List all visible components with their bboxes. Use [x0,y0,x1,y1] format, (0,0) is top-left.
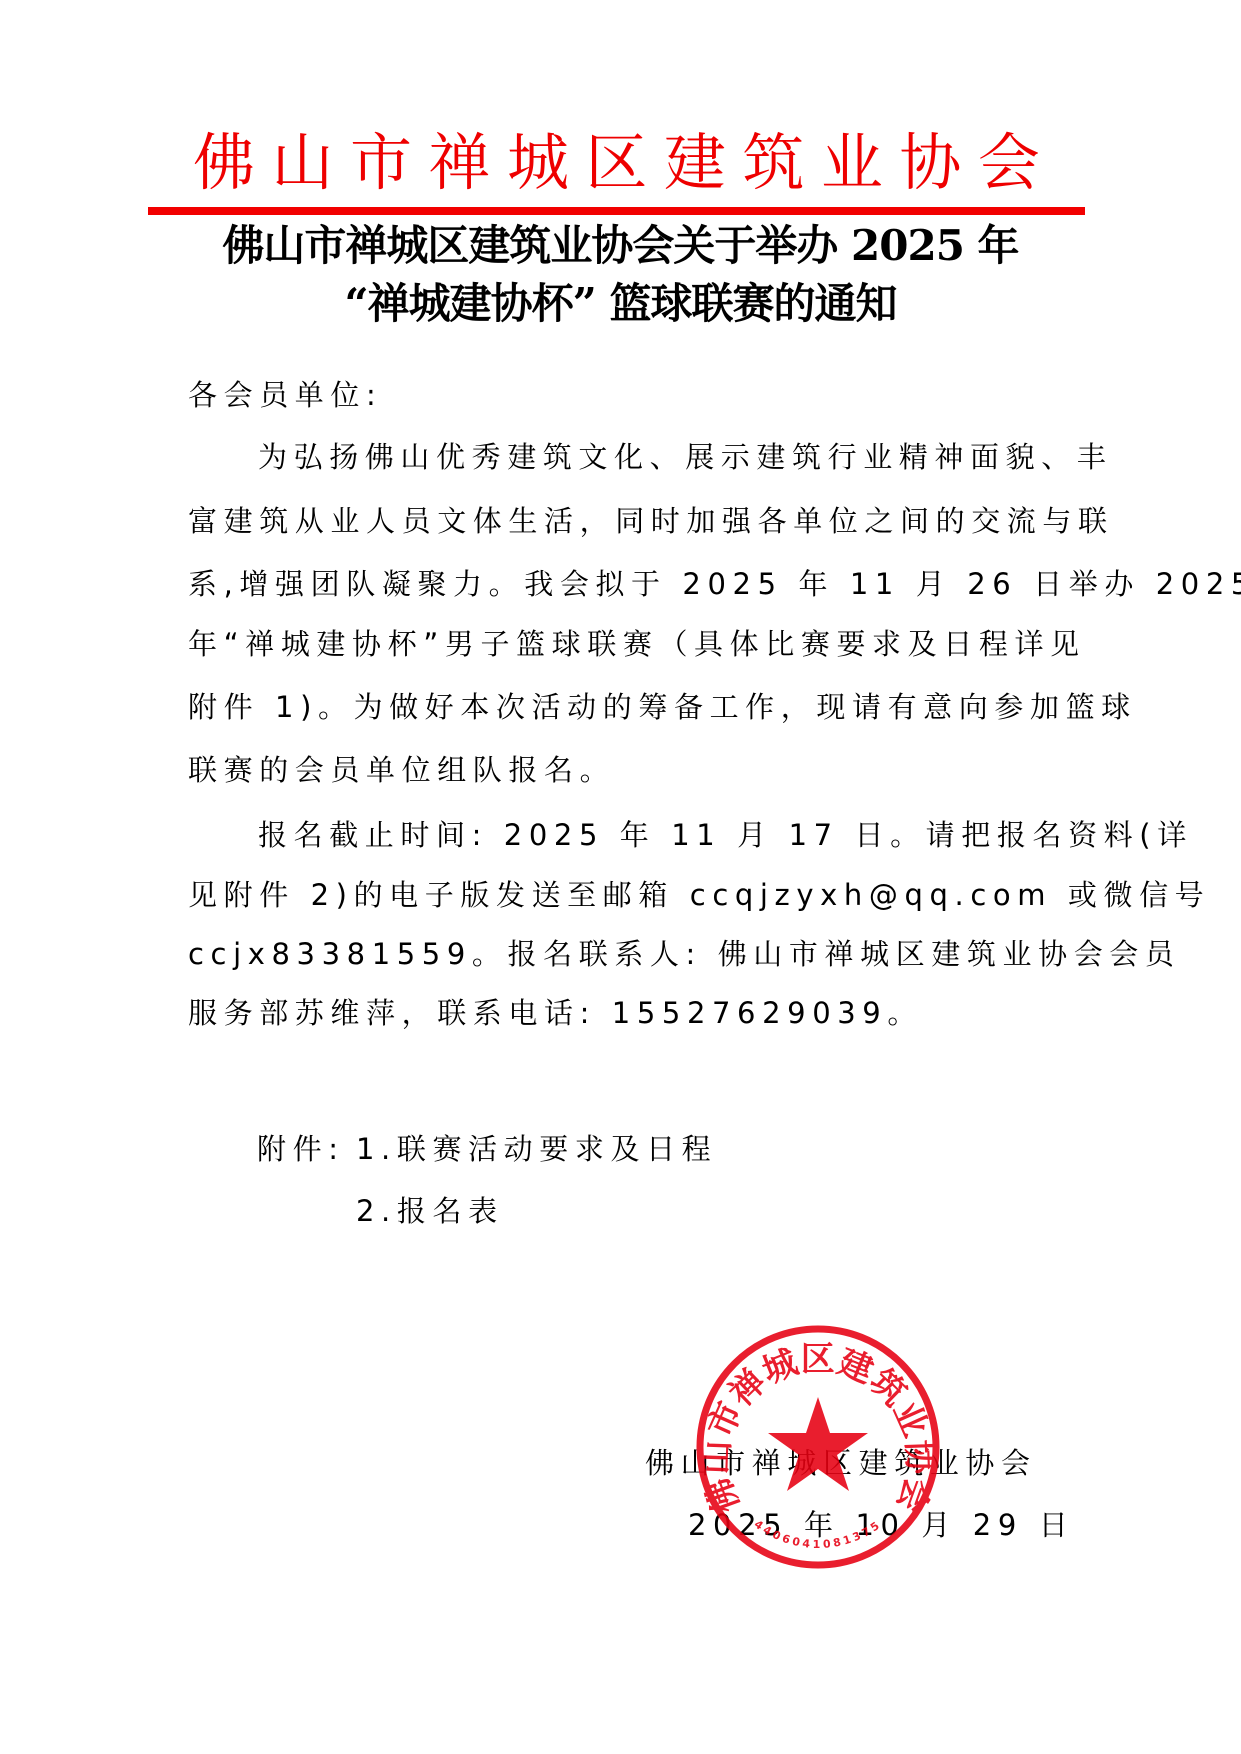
document-page: 佛 山 市 禅 城 区 建 筑 业 协 会 佛山市禅城区建筑业协会关于举办 20… [0,0,1241,1754]
body-line: 联赛的会员单位组队报名。 [188,756,615,788]
attachment-item-1: 1.联赛活动要求及日程 [356,1135,717,1164]
body-line: 年“禅城建协杯”男子篮球联赛（具体比赛要求及日程详见 [188,630,1086,662]
body-line: 富建筑从业人员文体生活，同时加强各单位之间的交流与联 [188,507,1114,539]
letterhead-char: 禅 [428,132,490,194]
body-line: 报名截止时间: 2025 年 11 月 17 日。请把报名资料(详 [188,821,1193,853]
body-line: ccjx83381559。报名联系人: 佛山市禅城区建筑业协会会员 [188,940,1181,972]
letterhead-char: 会 [978,132,1040,194]
letterhead-red-rule [148,207,1085,215]
star-icon [768,1397,868,1491]
official-seal-stamp: 佛山市禅城区建筑业协会 4406041081375 [694,1323,942,1571]
letterhead-char: 协 [899,132,961,194]
letterhead-char: 山 [271,132,333,194]
body-line: 见附件 2)的电子版发送至邮箱 ccqjzyxh@qq.com 或微信号 [188,881,1210,913]
body-line: 系,增强团队凝聚力。我会拟于 2025 年 11 月 26 日举办 2025 [188,570,1241,602]
letterhead: 佛 山 市 禅 城 区 建 筑 业 协 会 [148,118,1085,208]
letterhead-char: 区 [585,132,647,194]
document-title-line-2: “禅城建协杯” 篮球联赛的通知 [0,283,1241,325]
letterhead-char: 市 [350,132,412,194]
attachment-item-2: 2.报名表 [356,1197,504,1226]
body-line: 附件 1)。为做好本次活动的筹备工作，现请有意向参加篮球 [188,693,1137,725]
body-line: 为弘扬佛山优秀建筑文化、展示建筑行业精神面貌、丰 [188,443,1112,475]
seal-number: 4406041081375 [752,1518,884,1551]
body-line: 服务部苏维萍，联系电话: 15527629039。 [188,999,923,1031]
letterhead-char: 业 [821,132,883,194]
salutation: 各会员单位: [188,381,382,413]
letterhead-char: 佛 [193,132,255,194]
letterhead-char: 筑 [742,132,804,194]
attachments-label: 附件: [257,1135,345,1164]
letterhead-char: 建 [664,132,726,194]
letterhead-char: 城 [507,132,569,194]
document-title-line-1: 佛山市禅城区建筑业协会关于举办 2025 年 [0,225,1241,267]
